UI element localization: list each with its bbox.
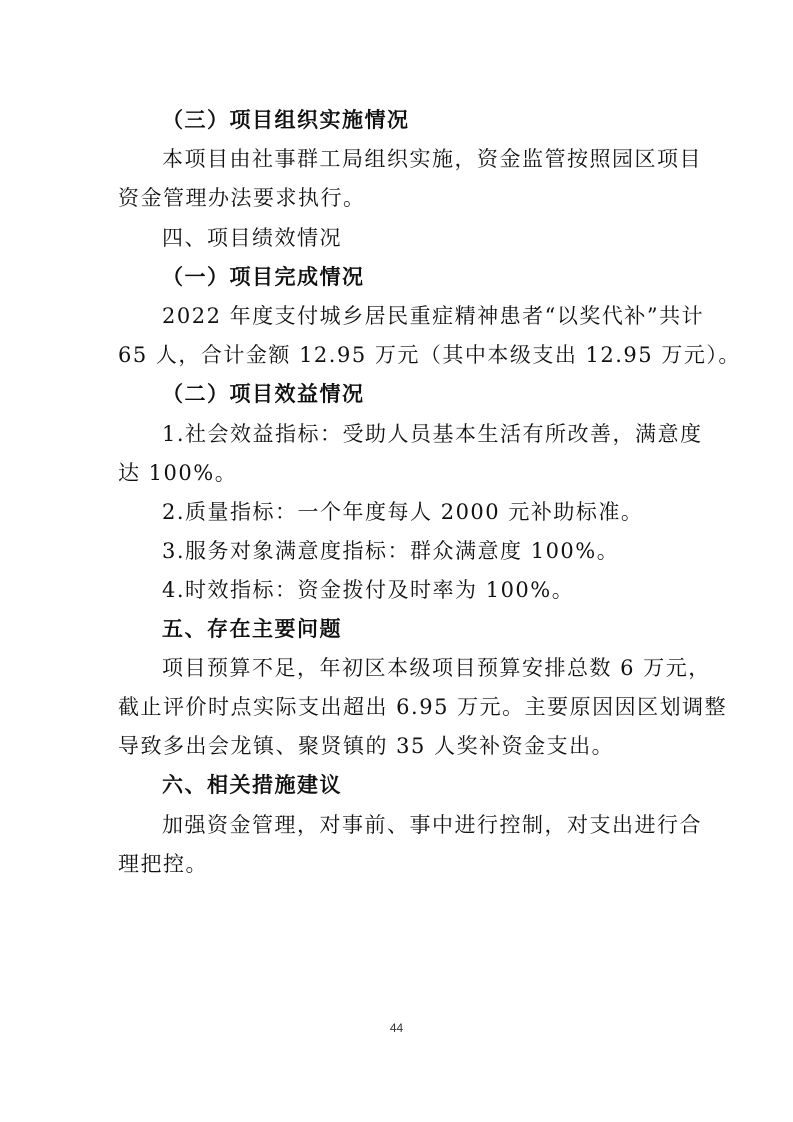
- paragraph-line: 2022 年度支付城乡居民重症精神患者“以奖代补”共计: [162, 302, 722, 330]
- paragraph-line: 达 100%。: [118, 459, 678, 487]
- paragraph-line: 截止评价时点实际支出超出 6.95 万元。主要原因因区划调整: [118, 693, 678, 721]
- page-number: 44: [0, 1021, 793, 1035]
- indicator-social: 1.社会效益指标：受助人员基本生活有所改善，满意度: [162, 420, 722, 448]
- heading-suggestions: 六、相关措施建议: [162, 771, 722, 799]
- paragraph-line: 项目预算不足，年初区本级项目预算安排总数 6 万元，: [162, 654, 722, 682]
- paragraph-line: 导致多出会龙镇、聚贤镇的 35 人奖补资金支出。: [118, 732, 678, 760]
- heading-main-problems: 五、存在主要问题: [162, 615, 722, 643]
- subheading-project-organization: （三）项目组织实施情况: [162, 106, 722, 134]
- indicator-timeliness: 4.时效指标：资金拨付及时率为 100%。: [162, 576, 722, 604]
- paragraph-line: 65 人，合计金额 12.95 万元（其中本级支出 12.95 万元）。: [118, 341, 678, 369]
- document-page: （三）项目组织实施情况 本项目由社事群工局组织实施，资金监管按照园区项目 资金管…: [0, 0, 793, 1122]
- indicator-satisfaction: 3.服务对象满意度指标：群众满意度 100%。: [162, 537, 722, 565]
- indicator-quality: 2.质量指标：一个年度每人 2000 元补助标准。: [162, 498, 722, 526]
- paragraph-line: 本项目由社事群工局组织实施，资金监管按照园区项目: [162, 145, 722, 173]
- heading-performance: 四、项目绩效情况: [162, 224, 722, 252]
- paragraph-line: 理把控。: [118, 850, 678, 878]
- paragraph-line: 加强资金管理，对事前、事中进行控制，对支出进行合: [162, 811, 722, 839]
- paragraph-line: 资金管理办法要求执行。: [118, 184, 678, 212]
- subheading-completion: （一）项目完成情况: [162, 263, 722, 291]
- subheading-benefits: （二）项目效益情况: [162, 380, 722, 408]
